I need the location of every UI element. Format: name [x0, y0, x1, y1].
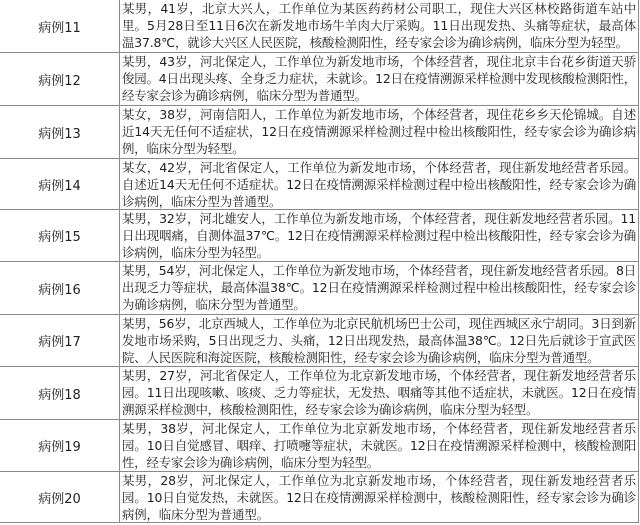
table-row: 病例12 某男，43岁，河北保定人，工作单位为新发地市场，个体经营者，现住北京丰…: [0, 53, 638, 106]
table-row: 病例13 某女，38岁，河南信阳人，工作单位为新发地市场，个体经营者，现住花乡乡…: [0, 106, 638, 159]
table-row: 病例18 某男，27岁，河北省保定人，工作单位为北京新发地市场，个体经营者，现住…: [0, 367, 638, 420]
case-description: 某男，54岁，河北保定人，工作单位为新发地市场，个体经营者，现住新发地经营者乐园…: [120, 262, 638, 314]
case-label: 病例13: [0, 106, 120, 158]
case-description: 某男，41岁，北京大兴人，工作单位为某医药药材公司职工，现住大兴区林校路街道车站…: [120, 0, 638, 52]
case-description: 某男，56岁，北京西城人，工作单位为北京民航机场巴士公司，现住西城区永宁胡同。3…: [120, 315, 638, 366]
case-description: 某男，27岁，河北省保定人，工作单位为北京新发地市场，个体经营者，现住新发地经营…: [120, 367, 638, 419]
case-table: 病例11 某男，41岁，北京大兴人，工作单位为某医药药材公司职工，现住大兴区林校…: [0, 0, 639, 523]
table-row: 病例14 某女，42岁，河北省保定人，工作单位为新发地市场，个体经营者，现住新发…: [0, 159, 638, 210]
case-description: 某男，32岁，河北雄安人，工作单位为新发地市场，个体经营者，现住新发地经营者乐园…: [120, 210, 638, 261]
case-description: 某男，43岁，河北保定人，工作单位为新发地市场，个体经营者，现住北京丰台花乡街道…: [120, 53, 638, 105]
table-row: 病例11 某男，41岁，北京大兴人，工作单位为某医药药材公司职工，现住大兴区林校…: [0, 0, 638, 53]
case-label: 病例19: [0, 420, 120, 471]
case-label: 病例15: [0, 210, 120, 261]
case-label: 病例14: [0, 159, 120, 209]
table-row: 病例17 某男，56岁，北京西城人，工作单位为北京民航机场巴士公司，现住西城区永…: [0, 315, 638, 367]
table-row: 病例20 某男，28岁，河北保定人，工作单位为北京新发地市场，个体经营者，现住新…: [0, 472, 638, 523]
case-label: 病例20: [0, 472, 120, 522]
case-label: 病例18: [0, 367, 120, 419]
table-row: 病例16 某男，54岁，河北保定人，工作单位为新发地市场，个体经营者，现住新发地…: [0, 262, 638, 315]
case-label: 病例12: [0, 53, 120, 105]
case-description: 某女，42岁，河北省保定人，工作单位为新发地市场，个体经营者，现住新发地经营者乐…: [120, 159, 638, 209]
case-label: 病例17: [0, 315, 120, 366]
table-row: 病例19 某男，38岁，河北保定人，工作单位为北京新发地市场，个体经营者，现住新…: [0, 420, 638, 472]
case-description: 某男，38岁，河北保定人，工作单位为北京新发地市场，个体经营者，现住新发地经营者…: [120, 420, 638, 471]
case-label: 病例11: [0, 0, 120, 52]
case-label: 病例16: [0, 262, 120, 314]
case-description: 某女，38岁，河南信阳人，工作单位为新发地市场，个体经营者，现住花乡乡天伦锦城。…: [120, 106, 638, 158]
table-row: 病例15 某男，32岁，河北雄安人，工作单位为新发地市场，个体经营者，现住新发地…: [0, 210, 638, 262]
case-description: 某男，28岁，河北保定人，工作单位为北京新发地市场，个体经营者，现住新发地经营者…: [120, 472, 638, 522]
